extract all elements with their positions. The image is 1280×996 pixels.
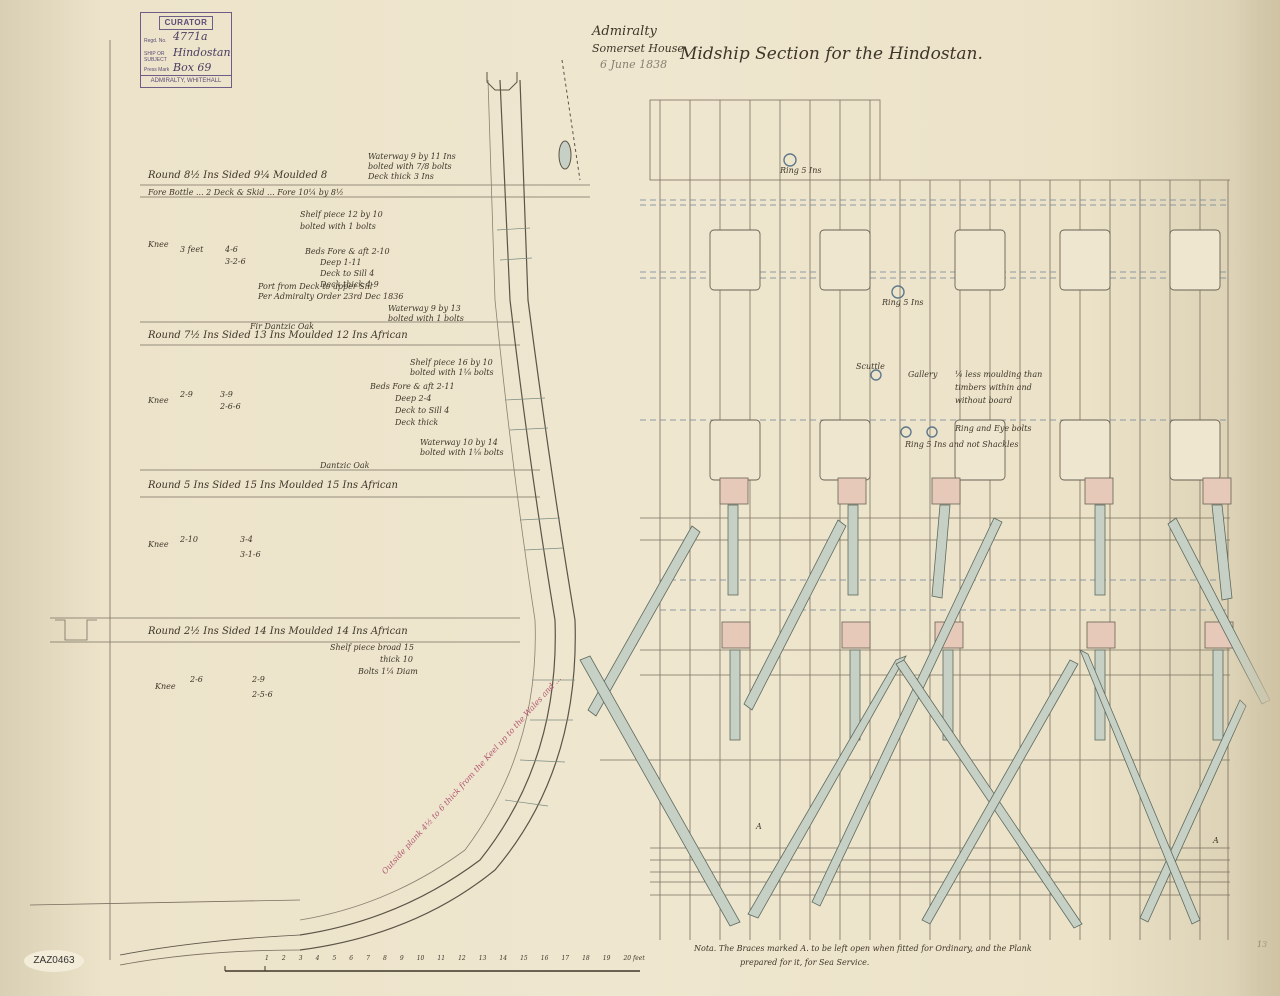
scale-bar: 1 2 3 4 5 6 7 8 9 10 11 12 13 14 15 16 1… xyxy=(265,955,645,967)
drawing-sheet: CURATOR Regd. No. 4771a SHIP OR SUBJECT … xyxy=(0,0,1280,996)
third-waterway-bolt-note: bolted with 1⅛ bolts xyxy=(420,448,504,457)
upper-waterway-note: Waterway 9 by 11 Ins xyxy=(368,152,456,161)
knee-note-1-side: 4-6 xyxy=(225,245,238,254)
second-beds-note: Beds Fore & aft 2-10 xyxy=(305,247,390,256)
third-sill-note: Deck to Sill 4 xyxy=(395,406,449,415)
knee-note-4-beam: 2-6 xyxy=(190,675,203,684)
scale-tick: 14 xyxy=(499,955,507,967)
knee-note-4-height: 2-5-6 xyxy=(252,690,273,699)
scale-tick: 1 xyxy=(265,955,269,967)
scale-tick: 8 xyxy=(383,955,387,967)
scale-tick: 16 xyxy=(541,955,549,967)
scale-tick: 4 xyxy=(316,955,320,967)
deck-annotation-orlop: Round 2½ Ins Sided 14 Ins Moulded 14 Ins… xyxy=(148,626,408,637)
third-shelf-note: Shelf piece 16 by 10 xyxy=(410,358,493,367)
sheet-number: 13 xyxy=(1257,940,1267,949)
second-deep-note: Deep 1-11 xyxy=(320,258,362,267)
scale-tick: 2 xyxy=(282,955,286,967)
knee-note-3-beam: 2-10 xyxy=(180,535,198,544)
orlop-bolts-note: Bolts 1¼ Diam xyxy=(358,667,418,676)
deck-annotation-middle: Round 7½ Ins Sided 13 Ins Moulded 12 Ins… xyxy=(148,330,408,341)
lower-timber-note: Dantzic Oak xyxy=(320,461,370,470)
knee-note-1-beam: 3 feet xyxy=(180,245,203,254)
scale-tick: 7 xyxy=(366,955,370,967)
knee-note-2-side: 3-9 xyxy=(220,390,233,399)
knee-note-1-height: 3-2-6 xyxy=(225,257,246,266)
third-waterway-note: Waterway 10 by 14 xyxy=(420,438,498,447)
scale-tick: 5 xyxy=(332,955,336,967)
deck-annotation-upper-sub: Fore Bottle ... 2 Deck & Skid ... Fore 1… xyxy=(148,188,344,197)
second-shelf-note: Shelf piece 12 by 10 xyxy=(300,210,383,219)
second-sill-note: Deck to Sill 4 xyxy=(320,269,374,278)
orlop-thick-note: thick 10 xyxy=(380,655,413,664)
brace-label-a-1: A xyxy=(756,822,762,831)
ring-note-2: Ring 5 Ins xyxy=(882,298,923,307)
scale-tick: 13 xyxy=(479,955,487,967)
second-order-note: Per Admiralty Order 23rd Dec 1836 xyxy=(258,292,403,301)
deck-annotation-upper: Round 8½ Ins Sided 9¼ Moulded 8 xyxy=(148,170,327,181)
knee-note-2-height: 2-6-6 xyxy=(220,402,241,411)
deck-annotation-lower: Round 5 Ins Sided 15 Ins Moulded 15 Ins … xyxy=(148,480,398,491)
third-deep-note: Deep 2-4 xyxy=(395,394,431,403)
second-waterway-note: Waterway 9 by 13 xyxy=(388,304,461,313)
scale-tick: 10 xyxy=(417,955,425,967)
upper-deck-thick-note: Deck thick 3 Ins xyxy=(368,172,434,181)
moulding-note: ¼ less moulding than timbers within and … xyxy=(955,368,1065,407)
drawing-linework xyxy=(0,0,1280,996)
second-port-note: Port from Deck to upper Sill xyxy=(258,282,372,291)
catalogue-id: ZAZ0463 xyxy=(24,950,84,972)
orlop-shelf-note: Shelf piece broad 15 xyxy=(330,643,414,652)
eye-bolt-note: Ring and Eye bolts xyxy=(955,424,1031,433)
scale-tick: 3 xyxy=(299,955,303,967)
footnote-line-1: Nota. The Braces marked A. to be left op… xyxy=(694,944,1032,953)
scale-tick: 17 xyxy=(561,955,569,967)
knee-note-4-side: 2-9 xyxy=(252,675,265,684)
knee-note-3-label: Knee xyxy=(148,540,169,549)
footnote-line-2: prepared for it, for Sea Service. xyxy=(740,958,869,967)
second-bolt-note: bolted with 1 bolts xyxy=(300,222,376,231)
brace-label-a-2: A xyxy=(1213,836,1219,845)
knee-note-3-height: 3-1-6 xyxy=(240,550,261,559)
scuttle-note: Scuttle xyxy=(856,362,885,371)
knee-note-2-beam: 2-9 xyxy=(180,390,193,399)
third-bolt-note: bolted with 1⅛ bolts xyxy=(410,368,494,377)
scale-tick: 19 xyxy=(603,955,611,967)
shackles-note: Ring 5 Ins and not Shackles xyxy=(905,440,1018,449)
scale-tick: 9 xyxy=(400,955,404,967)
scale-end-label: 20 feet xyxy=(623,955,644,967)
knee-note-4-label: Knee xyxy=(155,682,176,691)
third-beds-note: Beds Fore & aft 2-11 xyxy=(370,382,455,391)
scale-tick: 11 xyxy=(437,955,445,967)
scale-tick: 18 xyxy=(582,955,590,967)
third-thick-note: Deck thick xyxy=(395,418,438,427)
knee-note-1-label: Knee xyxy=(148,240,169,249)
scale-tick: 15 xyxy=(520,955,528,967)
ring-note-1: Ring 5 Ins xyxy=(780,166,821,175)
scale-tick: 12 xyxy=(458,955,466,967)
gallery-note: Gallery xyxy=(908,370,937,379)
knee-note-2-label: Knee xyxy=(148,396,169,405)
scale-tick: 6 xyxy=(349,955,353,967)
second-waterway-bolt-note: bolted with 1 bolts xyxy=(388,314,464,323)
knee-note-3-side: 3-4 xyxy=(240,535,253,544)
upper-bolt-note: bolted with 7/8 bolts xyxy=(368,162,452,171)
